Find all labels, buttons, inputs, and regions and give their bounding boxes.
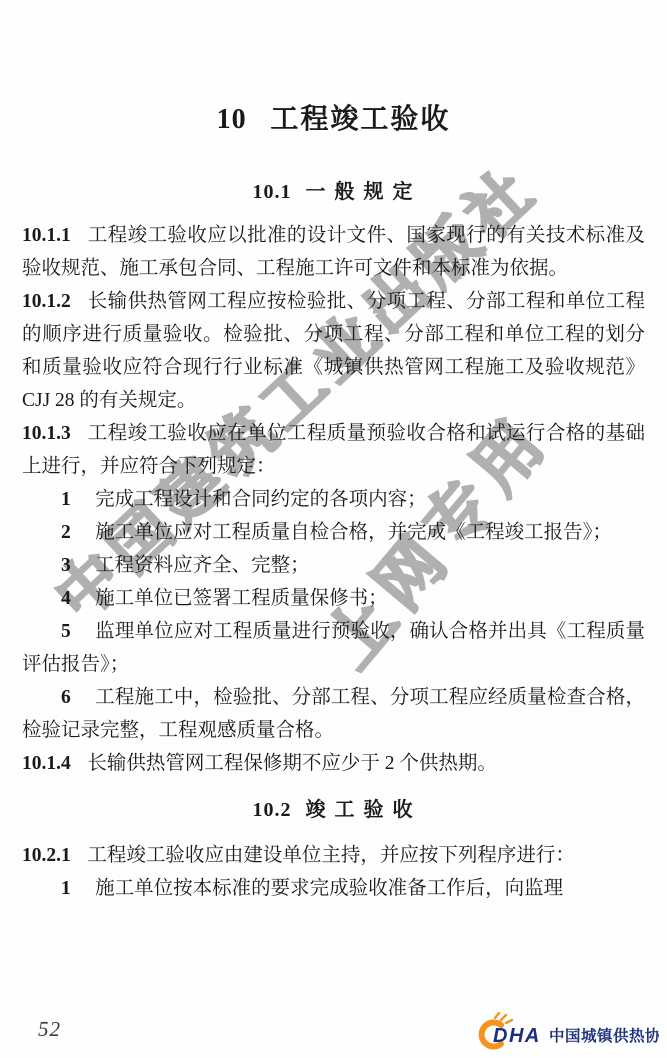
- clause-text: 工程竣工验收应由建设单位主持，并应按下列程序进行：: [87, 845, 575, 866]
- item-number: 3: [61, 555, 71, 576]
- section-title-10-1: 10.1一 般 规 定: [22, 179, 645, 205]
- item-text: 施工单位已签署工程质量保修书；: [95, 588, 388, 609]
- list-item-6: 6工程施工中，检验批、分部工程、分项工程应经质量检查合格，检验记录完整，工程观感…: [22, 681, 645, 747]
- clause-text: 长输供热管网工程应按检验批、分项工程、分部工程和单位工程的顺序进行质量验收。检验…: [22, 291, 645, 411]
- section-number: 10.1: [253, 181, 292, 203]
- item-text: 工程资料应齐全、完整；: [95, 555, 310, 576]
- list-item-3: 3工程资料应齐全、完整；: [22, 549, 645, 582]
- clause-number: 10.2.1: [22, 845, 71, 866]
- logo-association-name: 中国城镇供热协会: [549, 1026, 659, 1045]
- section-title-10-2: 10.2竣 工 验 收: [22, 797, 645, 823]
- item-text: 工程施工中，检验批、分部工程、分项工程应经质量检查合格，检验记录完整，工程观感质…: [22, 687, 645, 741]
- list-item-1: 1完成工程设计和合同约定的各项内容；: [22, 483, 645, 516]
- list-item-1: 1施工单位按本标准的要求完成验收准备工作后，向监理: [22, 872, 645, 905]
- clause-10-1-3: 10.1.3工程竣工验收应在单位工程质量预验收合格和试运行合格的基础上进行，并应…: [22, 417, 645, 483]
- chapter-title: 10工程竣工验收: [22, 102, 645, 138]
- clause-number: 10.1.2: [22, 291, 71, 312]
- item-text: 监理单位应对工程质量进行预验收，确认合格并出具《工程质量评估报告》；: [22, 621, 645, 675]
- section-title-text: 竣 工 验 收: [306, 799, 415, 821]
- clause-number: 10.1.4: [22, 753, 71, 774]
- item-text: 施工单位应对工程质量自检合格，并完成《工程竣工报告》；: [95, 522, 612, 543]
- item-number: 1: [61, 489, 71, 510]
- item-number: 4: [61, 588, 71, 609]
- item-number: 1: [61, 878, 71, 899]
- section-title-text: 一 般 规 定: [306, 181, 415, 203]
- item-number: 6: [61, 687, 71, 708]
- chapter-number: 10: [217, 104, 247, 135]
- clause-10-1-2: 10.1.2长输供热管网工程应按检验批、分项工程、分部工程和单位工程的顺序进行质…: [22, 285, 645, 417]
- logo-acronym: DHA: [493, 1025, 541, 1047]
- list-item-2: 2施工单位应对工程质量自检合格，并完成《工程竣工报告》；: [22, 516, 645, 549]
- page-number: 52: [38, 1017, 61, 1042]
- clause-number: 10.1.1: [22, 225, 71, 246]
- item-number: 5: [61, 621, 71, 642]
- clause-text: 工程竣工验收应在单位工程质量预验收合格和试运行合格的基础上进行，并应符合下列规定…: [22, 423, 645, 477]
- clause-text: 长输供热管网工程保修期不应少于 2 个供热期。: [87, 753, 497, 774]
- section-number: 10.2: [253, 799, 292, 821]
- item-number: 2: [61, 522, 71, 543]
- clause-10-1-4: 10.1.4长输供热管网工程保修期不应少于 2 个供热期。: [22, 747, 645, 780]
- clause-number: 10.1.3: [22, 423, 71, 444]
- list-item-5: 5监理单位应对工程质量进行预验收，确认合格并出具《工程质量评估报告》；: [22, 615, 645, 681]
- item-text: 完成工程设计和合同约定的各项内容；: [95, 489, 427, 510]
- list-item-4: 4施工单位已签署工程质量保修书；: [22, 582, 645, 615]
- document-page: 中国建筑工业出版社 上网专用 10工程竣工验收 10.1一 般 规 定 10.1…: [0, 0, 667, 1058]
- page-content: 10工程竣工验收 10.1一 般 规 定 10.1.1工程竣工验收应以批准的设计…: [0, 0, 667, 905]
- clause-10-2-1: 10.2.1工程竣工验收应由建设单位主持，并应按下列程序进行：: [22, 839, 645, 872]
- clause-text: 工程竣工验收应以批准的设计文件、国家现行的有关技术标准及验收规范、施工承包合同、…: [22, 225, 645, 279]
- cdha-logo: DHA 中国城镇供热协会: [473, 1012, 659, 1050]
- clause-10-1-1: 10.1.1工程竣工验收应以批准的设计文件、国家现行的有关技术标准及验收规范、施…: [22, 219, 645, 285]
- item-text: 施工单位按本标准的要求完成验收准备工作后，向监理: [95, 878, 563, 899]
- chapter-title-text: 工程竣工验收: [270, 104, 450, 135]
